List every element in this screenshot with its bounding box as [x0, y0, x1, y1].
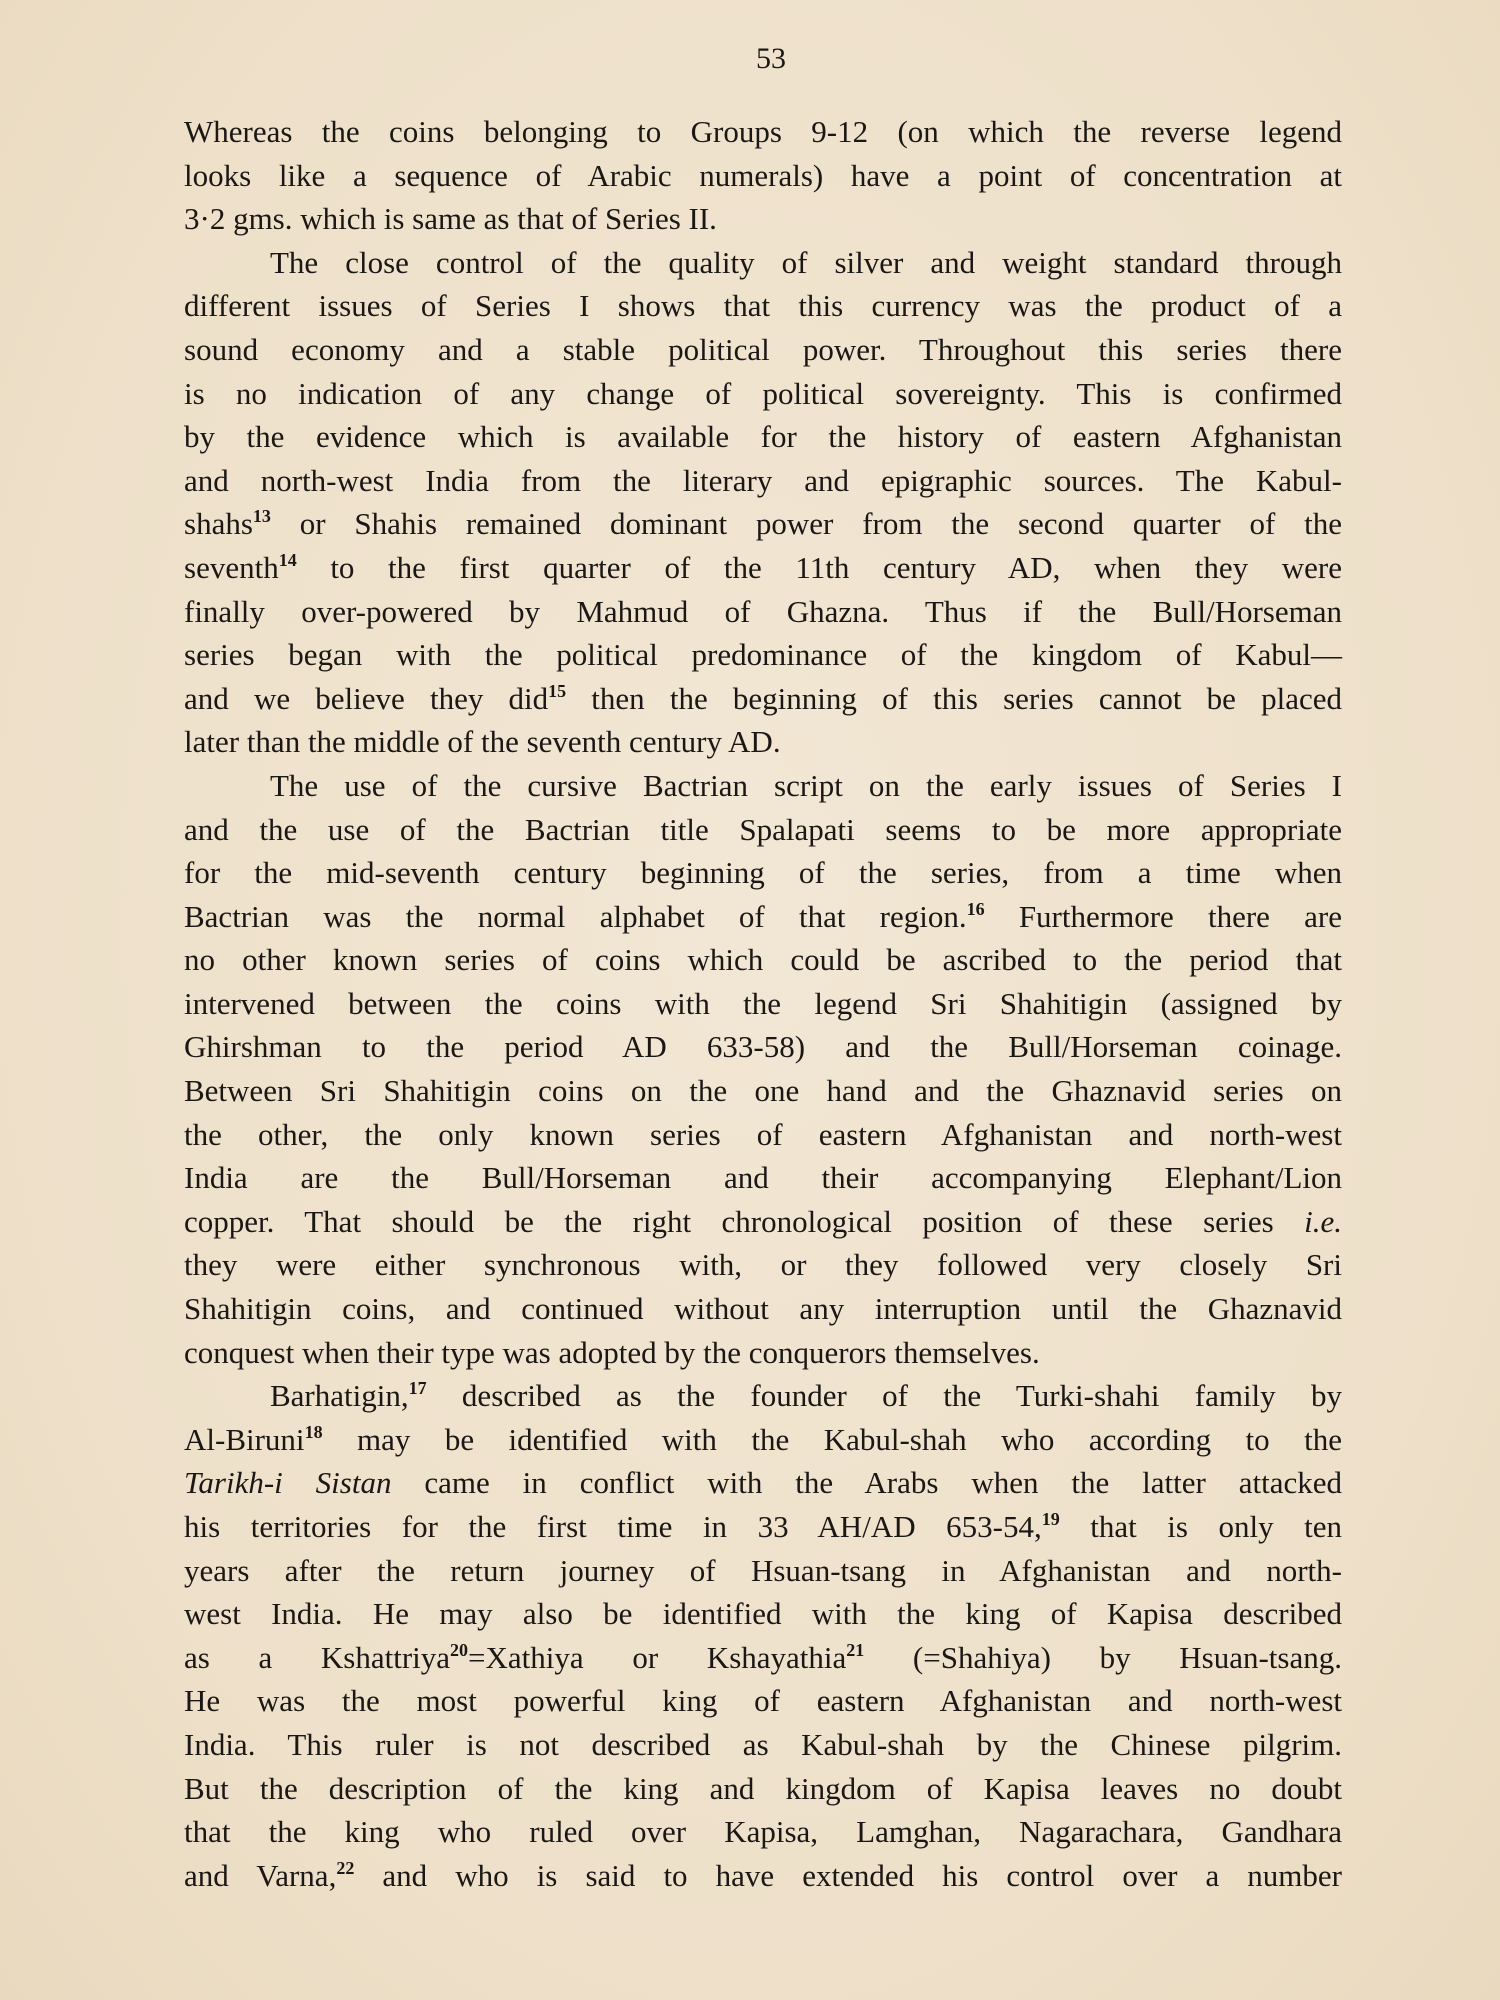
text-span: by the evidence which is available for t… [184, 419, 1342, 454]
text-span: copper. That should be the right chronol… [184, 1204, 1304, 1239]
text-span: series began with the political predomin… [184, 637, 1342, 672]
footnote-marker: 21 [846, 1640, 864, 1660]
text-span: and we believe they did [184, 681, 548, 716]
footnote-marker: 16 [967, 899, 985, 919]
text-line: as a Kshattriya20=Xathiya or Kshayathia2… [184, 1636, 1342, 1680]
footnote-marker: 15 [548, 681, 566, 701]
text-line: The close control of the quality of silv… [184, 241, 1342, 285]
text-line: that the king who ruled over Kapisa, Lam… [184, 1810, 1342, 1854]
footnote-marker: 19 [1042, 1509, 1060, 1529]
text-line: sound economy and a stable political pow… [184, 328, 1342, 372]
text-line: by the evidence which is available for t… [184, 415, 1342, 459]
footnote-marker: 22 [336, 1858, 354, 1878]
text-span: Ghirshman to the period AD 633-58) and t… [184, 1029, 1342, 1064]
text-line: India. This ruler is not described as Ka… [184, 1723, 1342, 1767]
text-span: Furthermore there are [985, 899, 1342, 934]
text-span: Between Sri Shahitigin coins on the one … [184, 1073, 1342, 1108]
text-span: Shahitigin coins, and continued without … [184, 1291, 1342, 1326]
footnote-marker: 18 [305, 1422, 323, 1442]
text-line: later than the middle of the seventh cen… [184, 720, 1342, 764]
text-line: Al-Biruni18 may be identified with the K… [184, 1418, 1342, 1462]
text-line: Tarikh-i Sistan came in conflict with th… [184, 1461, 1342, 1505]
footnote-marker: 13 [253, 506, 271, 526]
italic-text: Tarikh-i Sistan [184, 1465, 391, 1500]
text-line: Barhatigin,17 described as the founder o… [184, 1374, 1342, 1418]
text-span: India. This ruler is not described as Ka… [184, 1727, 1342, 1762]
body-text: Whereas the coins belonging to Groups 9-… [184, 110, 1342, 1897]
text-span: his territories for the first time in 33… [184, 1509, 1042, 1544]
text-span: different issues of Series I shows that … [184, 288, 1342, 323]
text-span: years after the return journey of Hsuan-… [184, 1553, 1342, 1588]
text-line: looks like a sequence of Arabic numerals… [184, 154, 1342, 198]
footnote-marker: 14 [279, 550, 297, 570]
footnote-marker: 17 [409, 1378, 427, 1398]
text-line: Shahitigin coins, and continued without … [184, 1287, 1342, 1331]
text-line: his territories for the first time in 33… [184, 1505, 1342, 1549]
text-span: described as the founder of the Turki-sh… [427, 1378, 1342, 1413]
text-line: shahs13 or Shahis remained dominant powe… [184, 502, 1342, 546]
text-span: =Xathiya or Kshayathia [468, 1640, 846, 1675]
text-line: Ghirshman to the period AD 633-58) and t… [184, 1025, 1342, 1069]
text-line: conquest when their type was adopted by … [184, 1331, 1342, 1375]
text-line: But the description of the king and king… [184, 1767, 1342, 1811]
text-span: for the mid-seventh century beginning of… [184, 855, 1342, 890]
text-line: Bactrian was the normal alphabet of that… [184, 895, 1342, 939]
text-span: west India. He may also be identified wi… [184, 1596, 1342, 1631]
text-line: and north-west India from the literary a… [184, 459, 1342, 503]
text-line: Between Sri Shahitigin coins on the one … [184, 1069, 1342, 1113]
text-span: and Varna, [184, 1858, 336, 1893]
text-span: The use of the cursive Bactrian script o… [270, 768, 1342, 803]
text-span: sound economy and a stable political pow… [184, 332, 1342, 367]
text-span: and who is said to have extended his con… [354, 1858, 1342, 1893]
text-span: and the use of the Bactrian title Spalap… [184, 812, 1342, 847]
text-line: is no indication of any change of politi… [184, 372, 1342, 416]
text-span: seventh [184, 550, 279, 585]
text-span: and north-west India from the literary a… [184, 463, 1342, 498]
text-span: Barhatigin, [270, 1378, 409, 1413]
text-line: no other known series of coins which cou… [184, 938, 1342, 982]
text-span: the other, the only known series of east… [184, 1117, 1342, 1152]
text-line: they were either synchronous with, or th… [184, 1243, 1342, 1287]
text-line: finally over-powered by Mahmud of Ghazna… [184, 590, 1342, 634]
page-number: 53 [756, 42, 786, 76]
text-line: for the mid-seventh century beginning of… [184, 851, 1342, 895]
text-span: that is only ten [1060, 1509, 1342, 1544]
text-line: and Varna,22 and who is said to have ext… [184, 1854, 1342, 1898]
text-span: that the king who ruled over Kapisa, Lam… [184, 1814, 1342, 1849]
text-span: conquest when their type was adopted by … [184, 1335, 1040, 1370]
text-span: finally over-powered by Mahmud of Ghazna… [184, 594, 1342, 629]
text-span: as a Kshattriya [184, 1640, 450, 1675]
text-line: copper. That should be the right chronol… [184, 1200, 1342, 1244]
text-span: Bactrian was the normal alphabet of that… [184, 899, 967, 934]
text-span: intervened between the coins with the le… [184, 986, 1342, 1021]
text-line: and the use of the Bactrian title Spalap… [184, 808, 1342, 852]
text-line: different issues of Series I shows that … [184, 284, 1342, 328]
text-line: 3·2 gms. which is same as that of Series… [184, 197, 1342, 241]
text-line: the other, the only known series of east… [184, 1113, 1342, 1157]
text-span: shahs [184, 506, 253, 541]
text-span: India are the Bull/Horseman and their ac… [184, 1160, 1342, 1195]
italic-text: i.e. [1304, 1204, 1342, 1239]
text-line: seventh14 to the first quarter of the 11… [184, 546, 1342, 590]
text-span: Al-Biruni [184, 1422, 305, 1457]
text-line: The use of the cursive Bactrian script o… [184, 764, 1342, 808]
footnote-marker: 20 [450, 1640, 468, 1660]
text-line: India are the Bull/Horseman and their ac… [184, 1156, 1342, 1200]
text-span: they were either synchronous with, or th… [184, 1247, 1342, 1282]
text-span: is no indication of any change of politi… [184, 376, 1342, 411]
text-line: west India. He may also be identified wi… [184, 1592, 1342, 1636]
text-span: looks like a sequence of Arabic numerals… [184, 158, 1342, 193]
text-span: He was the most powerful king of eastern… [184, 1683, 1342, 1718]
text-span: The close control of the quality of silv… [270, 245, 1342, 280]
text-span: 3·2 gms. which is same as that of Series… [184, 201, 717, 236]
text-line: series began with the political predomin… [184, 633, 1342, 677]
text-span: then the beginning of this series cannot… [566, 681, 1342, 716]
text-line: intervened between the coins with the le… [184, 982, 1342, 1026]
text-span: came in conflict with the Arabs when the… [391, 1465, 1342, 1500]
text-span: to the first quarter of the 11th century… [297, 550, 1342, 585]
text-span: But the description of the king and king… [184, 1771, 1342, 1806]
text-line: Whereas the coins belonging to Groups 9-… [184, 110, 1342, 154]
text-span: no other known series of coins which cou… [184, 942, 1342, 977]
text-line: years after the return journey of Hsuan-… [184, 1549, 1342, 1593]
text-span: or Shahis remained dominant power from t… [271, 506, 1342, 541]
text-span: later than the middle of the seventh cen… [184, 724, 781, 759]
text-span: may be identified with the Kabul-shah wh… [323, 1422, 1342, 1457]
text-span: Whereas the coins belonging to Groups 9-… [184, 114, 1342, 149]
text-line: and we believe they did15 then the begin… [184, 677, 1342, 721]
text-line: He was the most powerful king of eastern… [184, 1679, 1342, 1723]
text-span: (=Shahiya) by Hsuan-tsang. [864, 1640, 1342, 1675]
